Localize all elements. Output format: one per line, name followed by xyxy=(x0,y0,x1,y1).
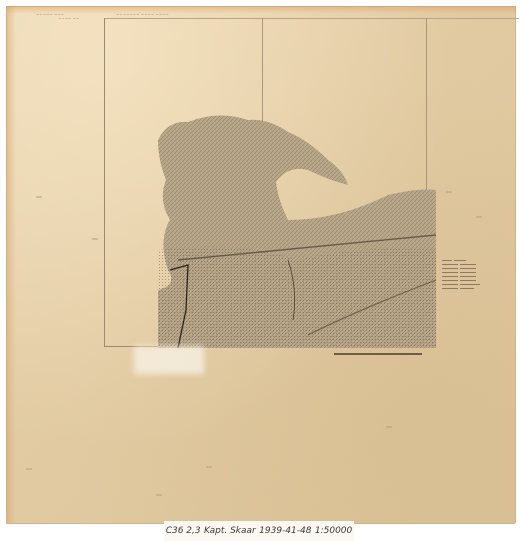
surveyor-name: Kapt. Skaar xyxy=(204,526,256,536)
place-mark xyxy=(36,196,42,198)
paper-stain xyxy=(134,346,204,374)
map-legend xyxy=(442,258,486,304)
place-mark xyxy=(476,216,482,218)
map-terrain xyxy=(158,110,436,348)
place-mark xyxy=(386,426,392,428)
handwritten-note: ~~~~~~~ ~~~~ ~~~~ xyxy=(116,12,169,17)
sheet-label: C36 2,3 Kapt. Skaar 1939-41-48 1:50000 xyxy=(164,521,354,541)
place-mark xyxy=(206,466,212,468)
place-mark xyxy=(26,468,32,470)
place-mark xyxy=(446,191,452,193)
scale-bar xyxy=(334,353,422,355)
sheet-id: C36 2,3 xyxy=(166,526,201,536)
map-scale: 1:50000 xyxy=(315,526,352,536)
map-sheet: ~~~~~ ~~~ ~~~~ ~~ ~~~~~~~ ~~~~ ~~~~ xyxy=(6,6,516,524)
survey-years: 1939-41-48 xyxy=(259,526,311,536)
handwritten-note: ~~~~ ~~ xyxy=(58,16,79,21)
place-mark xyxy=(156,494,162,496)
place-mark xyxy=(92,238,98,240)
